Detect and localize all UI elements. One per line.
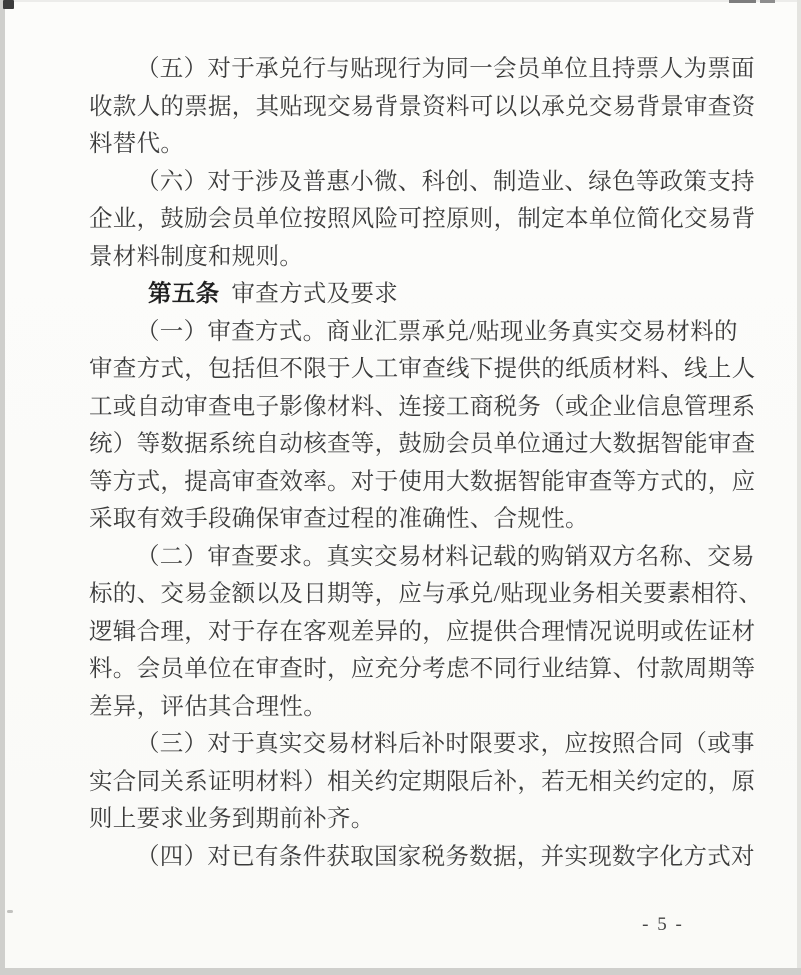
document-line: （六）对于涉及普惠小微、科创、制造业、绿色等政策支持: [89, 164, 757, 202]
scan-edge-right: [797, 0, 801, 975]
document-line: （三）对于真实交易材料后补时限要求，应按照合同（或事: [89, 726, 757, 764]
document-line: （五）对于承兑行与贴现行为同一会员单位且持票人为票面: [89, 51, 757, 89]
line-text: （二）审查要求。真实交易材料记载的购销双方名称、交易: [136, 544, 755, 570]
document-line: 采取有效手段确保审查过程的准确性、合规性。: [89, 501, 757, 539]
document-line: 审查方式，包括但不限于人工审查线下提供的纸质材料、线上人: [89, 351, 757, 389]
document-line: 标的、交易金额以及日期等，应与承兑/贴现业务相关要素相符、: [89, 576, 757, 614]
line-text: 逻辑合理，对于存在客观差异的，应提供合理情况说明或佐证材: [89, 619, 755, 645]
document-line: 第五条审查方式及要求: [89, 276, 757, 314]
line-text: （三）对于真实交易材料后补时限要求，应按照合同（或事: [136, 731, 755, 757]
document-line: 料替代。: [89, 126, 757, 164]
line-text: 统）等数据系统自动核查等，鼓励会员单位通过大数据智能审查: [89, 431, 755, 457]
page-number: - 5 -: [626, 914, 700, 936]
document-line: （二）审查要求。真实交易材料记载的购销双方名称、交易: [89, 539, 757, 577]
document-line: 差异，评估其合理性。: [89, 689, 757, 727]
document-line: 统）等数据系统自动核查等，鼓励会员单位通过大数据智能审查: [89, 426, 757, 464]
heading-bold-text: 第五条: [148, 281, 219, 307]
line-text: 收款人的票据，其贴现交易背景资料可以以承兑交易背景审查资: [89, 94, 755, 120]
document-line: 工或自动审查电子影像材料、连接工商税务（或企业信息管理系: [89, 389, 757, 427]
document-line: 料。会员单位在审查时，应充分考虑不同行业结算、付款周期等: [89, 651, 757, 689]
line-text: 料替代。: [89, 131, 184, 157]
line-text: （一）审查方式。商业汇票承兑/贴现业务真实交易材料的: [136, 319, 738, 345]
line-text: 则上要求业务到期前补齐。: [89, 806, 375, 832]
line-text: （四）对已有条件获取国家税务数据，并实现数字化方式对: [136, 844, 755, 870]
line-text: 企业，鼓励会员单位按照风险可控原则，制定本单位简化交易背: [89, 206, 755, 232]
document-line: 逻辑合理，对于存在客观差异的，应提供合理情况说明或佐证材: [89, 614, 757, 652]
scan-edge-top: [0, 0, 801, 2]
line-text: 景材料制度和规则。: [89, 244, 303, 270]
line-text: 审查方式及要求: [231, 281, 398, 307]
scan-top-dash-1: [729, 0, 756, 3]
scan-top-dash-2: [760, 0, 775, 3]
document-line: 企业，鼓励会员单位按照风险可控原则，制定本单位简化交易背: [89, 201, 757, 239]
line-text: （六）对于涉及普惠小微、科创、制造业、绿色等政策支持: [136, 169, 755, 195]
document-line: （一）审查方式。商业汇票承兑/贴现业务真实交易材料的: [89, 314, 757, 352]
line-text: （五）对于承兑行与贴现行为同一会员单位且持票人为票面: [136, 56, 755, 82]
document-line: 景材料制度和规则。: [89, 239, 757, 277]
document-line: 等方式，提高审查效率。对于使用大数据智能审查等方式的，应: [89, 464, 757, 502]
line-text: 实合同关系证明材料）相关约定期限后补，若无相关约定的，原: [89, 769, 755, 795]
scan-speck: [7, 910, 13, 913]
scan-edge-left: [0, 0, 5, 975]
line-text: 采取有效手段确保审查过程的准确性、合规性。: [89, 506, 589, 532]
line-text: 差异，评估其合理性。: [89, 694, 327, 720]
scan-edge-bottom: [0, 968, 801, 975]
line-text: 等方式，提高审查效率。对于使用大数据智能审查等方式的，应: [89, 469, 755, 495]
scan-corner-mark: [3, 0, 14, 9]
scanned-document-page: （五）对于承兑行与贴现行为同一会员单位且持票人为票面收款人的票据，其贴现交易背景…: [0, 0, 801, 975]
line-text: 工或自动审查电子影像材料、连接工商税务（或企业信息管理系: [89, 394, 755, 420]
document-line: （四）对已有条件获取国家税务数据，并实现数字化方式对: [89, 839, 757, 877]
line-text: 审查方式，包括但不限于人工审查线下提供的纸质材料、线上人: [89, 356, 755, 382]
document-line: 实合同关系证明材料）相关约定期限后补，若无相关约定的，原: [89, 764, 757, 802]
document-body: （五）对于承兑行与贴现行为同一会员单位且持票人为票面收款人的票据，其贴现交易背景…: [89, 51, 757, 876]
document-line: 则上要求业务到期前补齐。: [89, 801, 757, 839]
document-line: 收款人的票据，其贴现交易背景资料可以以承兑交易背景审查资: [89, 89, 757, 127]
line-text: 料。会员单位在审查时，应充分考虑不同行业结算、付款周期等: [89, 656, 755, 682]
line-text: 标的、交易金额以及日期等，应与承兑/贴现业务相关要素相符、: [89, 581, 762, 607]
